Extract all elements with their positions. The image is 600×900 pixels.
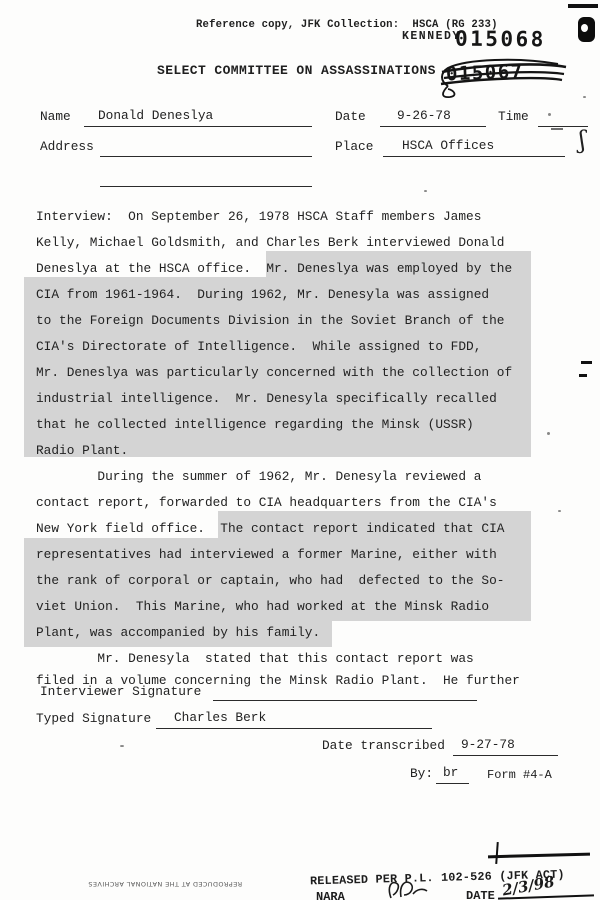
interview-text-line: representatives had interviewed a former… <box>36 542 497 568</box>
address-underline-2 <box>100 169 312 187</box>
interview-text-line: Mr. Deneslya was particularly concerned … <box>36 360 512 386</box>
name-value: Donald Deneslya <box>98 108 213 123</box>
interview-text-line: New York field office. The contact repor… <box>36 516 504 542</box>
place-value: HSCA Offices <box>402 138 494 153</box>
place-label: Place <box>335 139 373 154</box>
interview-text-line: Radio Plant. <box>36 438 128 464</box>
committee-title: SELECT COMMITTEE ON ASSASSINATIONS <box>157 63 436 78</box>
footer-cross-tick <box>495 842 499 864</box>
interview-text-line: Interview: On September 26, 1978 HSCA St… <box>36 204 481 230</box>
date-transcribed-label: Date transcribed <box>322 738 445 753</box>
time-label: Time <box>498 109 529 124</box>
name-label: Name <box>40 109 71 124</box>
interview-text-line: CIA's Directorate of Intelligence. While… <box>36 334 481 360</box>
scan-speckle <box>558 510 561 512</box>
strike-scribble-icon <box>438 56 573 102</box>
date-label: Date <box>335 109 366 124</box>
time-underline <box>538 109 588 127</box>
form-number: Form #4-A <box>487 768 552 782</box>
date-transcribed-value: 9-27-78 <box>461 737 515 752</box>
scanned-document-page: ʃ Reference copy, JFK Collection: HSCA (… <box>0 0 600 900</box>
scan-speckle <box>424 190 427 192</box>
interview-text-line: that he collected intelligence regarding… <box>36 412 474 438</box>
scan-speckle <box>120 745 124 747</box>
interview-text-line: Plant, was accompanied by his family. <box>36 620 320 646</box>
kennedy-stamp: KENNEDY <box>402 30 461 43</box>
interview-text-line: During the summer of 1962, Mr. Denesyla … <box>36 464 481 490</box>
interview-text-line: to the Foreign Documents Division in the… <box>36 308 504 334</box>
by-value: br <box>443 765 458 780</box>
scan-edge-tick <box>551 128 563 130</box>
interview-text-line: viet Union. This Marine, who had worked … <box>36 594 489 620</box>
interview-text-line: the rank of corporal or captain, who had… <box>36 568 504 594</box>
scan-speckle <box>548 113 551 116</box>
footer-date-label: DATE <box>466 889 495 900</box>
scan-edge-tick <box>581 361 592 364</box>
address-label: Address <box>40 139 94 154</box>
serial-number-stamp: 015068 <box>455 27 546 52</box>
scan-edge-dash <box>568 4 598 8</box>
archives-note: REPRODUCED AT THE NATIONAL ARCHIVES <box>88 880 242 888</box>
typed-signature-label: Typed Signature <box>36 711 151 726</box>
scan-speckle <box>583 96 586 98</box>
footer-stamp-line <box>488 853 590 859</box>
interviewer-signature-label: Interviewer Signature <box>40 684 201 699</box>
by-label: By: <box>410 766 433 781</box>
hole-punch-mark-icon <box>578 17 595 42</box>
handwritten-initials-icon <box>383 879 431 900</box>
scan-speckle <box>547 432 550 435</box>
nara-label: NARA <box>316 890 345 900</box>
interview-text-line: contact report, forwarded to CIA headqua… <box>36 490 497 516</box>
crossed-out-serial: 015067 <box>438 56 573 102</box>
typed-signature-value: Charles Berk <box>174 710 266 725</box>
interview-text-line: CIA from 1961-1964. During 1962, Mr. Den… <box>36 282 489 308</box>
interview-text-line: industrial intelligence. Mr. Denesyla sp… <box>36 386 497 412</box>
address-underline <box>100 139 312 157</box>
date-value: 9-26-78 <box>397 108 451 123</box>
interview-text-line: Kelly, Michael Goldsmith, and Charles Be… <box>36 230 504 256</box>
scan-squiggle-mark-icon: ʃ <box>579 126 586 154</box>
interview-text-line: Deneslya at the HSCA office. Mr. Denesly… <box>36 256 512 282</box>
scan-edge-tick <box>579 374 587 377</box>
